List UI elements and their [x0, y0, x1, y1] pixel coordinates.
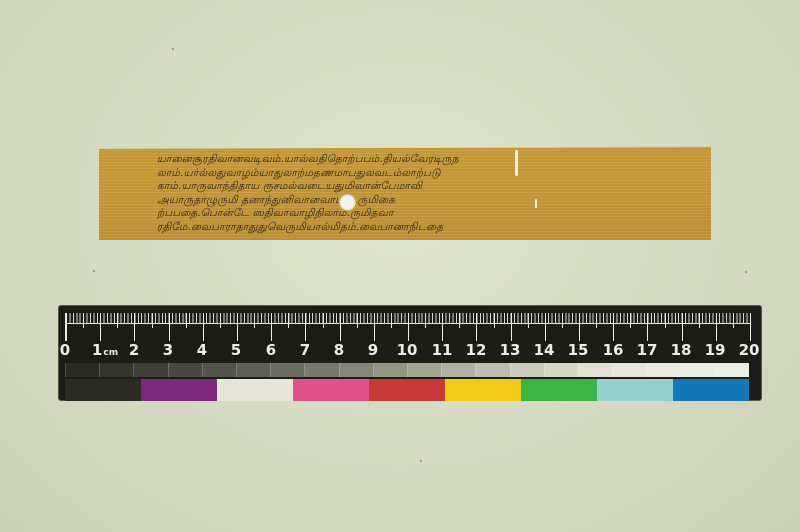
- ruler-label-20: 20: [739, 342, 760, 358]
- ruler-label-10: 10: [397, 342, 418, 358]
- ruler-label-19: 19: [705, 342, 726, 358]
- ruler-label-7: 7: [300, 342, 310, 358]
- gray-step: [715, 363, 749, 377]
- gray-step: [168, 363, 202, 377]
- half-cm-tick: [220, 313, 221, 328]
- cm-tick: [271, 313, 272, 341]
- cm-tick: [442, 313, 443, 341]
- grayscale-strip: [65, 363, 749, 377]
- color-patch-black: [65, 379, 141, 401]
- half-cm-tick: [83, 313, 84, 328]
- half-cm-tick: [665, 313, 666, 328]
- ruler-label-0: 0: [60, 342, 70, 358]
- cm-tick: [511, 313, 512, 341]
- ruler-label-11: 11: [432, 342, 453, 358]
- cm-tick: [476, 313, 477, 341]
- color-patch-strip: [65, 379, 749, 401]
- gray-step: [578, 363, 612, 377]
- ruler-label-8: 8: [334, 342, 344, 358]
- manuscript-text: யானைசூரதிவானவடிவம்.யால்வதிதொற்பபம்.தியல்…: [157, 153, 701, 235]
- ruler-label-12: 12: [466, 342, 487, 358]
- cm-tick: [647, 313, 648, 341]
- ruler-label-1: 1cm: [92, 342, 118, 361]
- color-patch-magenta: [293, 379, 369, 401]
- cm-tick: [613, 313, 614, 341]
- cm-tick: [374, 313, 375, 341]
- cm-tick: [100, 313, 101, 341]
- cm-tick: [750, 313, 751, 341]
- half-cm-tick: [630, 313, 631, 328]
- color-patch-red: [369, 379, 445, 401]
- half-cm-tick: [562, 313, 563, 328]
- cm-tick: [545, 313, 546, 341]
- color-patch-yellow: [445, 379, 521, 401]
- gray-step: [133, 363, 167, 377]
- cm-tick: [408, 313, 409, 341]
- ruler-label-18: 18: [671, 342, 692, 358]
- ruler-label-2: 2: [129, 342, 139, 358]
- gray-step: [304, 363, 338, 377]
- half-cm-tick: [425, 313, 426, 328]
- ruler-label-13: 13: [500, 342, 521, 358]
- gray-step: [407, 363, 441, 377]
- ruler-label-4: 4: [197, 342, 207, 358]
- color-patch-cyan: [597, 379, 673, 401]
- gray-step: [202, 363, 236, 377]
- half-cm-tick: [391, 313, 392, 328]
- gray-step: [65, 363, 99, 377]
- half-cm-tick: [254, 313, 255, 328]
- ruler-label-5: 5: [231, 342, 241, 358]
- ruler-scale: [65, 313, 750, 341]
- gray-step: [544, 363, 578, 377]
- cm-tick: [169, 313, 170, 341]
- leaf-crack: [515, 150, 518, 176]
- half-cm-tick: [699, 313, 700, 328]
- gray-step: [681, 363, 715, 377]
- cm-tick: [134, 313, 135, 341]
- leaf-crack-small: [535, 199, 537, 208]
- manuscript-line-4: அயாருதாழுருமி தனாந்துனிவானவாடன்.ருமிகை: [157, 194, 701, 208]
- manuscript-line-2: லாம்.யர்ல்லதுவாழம்யாதுலாற்மதணமாபதுலவடம்ல…: [157, 167, 701, 181]
- gray-step: [510, 363, 544, 377]
- half-cm-tick: [152, 313, 153, 328]
- unit-label: cm: [103, 348, 118, 358]
- manuscript-line-3: காம்.யாருவாந்திதாய ரூசமல்வடையதுமிவான்பேம…: [157, 180, 701, 194]
- gray-step: [236, 363, 270, 377]
- half-cm-tick: [288, 313, 289, 328]
- ruler-label-15: 15: [568, 342, 589, 358]
- cm-tick: [579, 313, 580, 341]
- gray-step: [373, 363, 407, 377]
- color-patch-blue: [673, 379, 749, 401]
- half-cm-tick: [357, 313, 358, 328]
- cm-tick: [682, 313, 683, 341]
- half-cm-tick: [596, 313, 597, 328]
- manuscript-line-5: ற்பபதை.பொன்டே ஸதிவாவாழிநிலாம்.ருமிதவா: [157, 207, 701, 221]
- gray-step: [339, 363, 373, 377]
- half-cm-tick: [323, 313, 324, 328]
- gray-step: [270, 363, 304, 377]
- ruler-label-14: 14: [534, 342, 555, 358]
- cm-tick: [305, 313, 306, 341]
- ruler-label-6: 6: [266, 342, 276, 358]
- ruler-label-9: 9: [368, 342, 378, 358]
- cm-tick: [203, 313, 204, 341]
- gray-step: [99, 363, 133, 377]
- manuscript-line-6: ரதிமே.வைபாராதாதுதுவெருமியால்மிதம்.வைபானா…: [157, 221, 701, 235]
- cm-tick: [716, 313, 717, 341]
- gray-step: [475, 363, 509, 377]
- cm-tick: [66, 313, 67, 341]
- palm-leaf-manuscript: யானைசூரதிவானவடிவம்.யால்வதிதொற்பபம்.தியல்…: [99, 147, 711, 240]
- half-cm-tick: [733, 313, 734, 328]
- half-cm-tick: [528, 313, 529, 328]
- cm-tick: [237, 313, 238, 341]
- calibration-ruler: 0 1cm 2 3 4 5 6 7 8 9 10 11 12 13 14 15 …: [59, 306, 761, 400]
- color-patch-green: [521, 379, 597, 401]
- color-patch-purple: [141, 379, 217, 401]
- gray-step: [441, 363, 475, 377]
- gray-step: [646, 363, 680, 377]
- half-cm-tick: [186, 313, 187, 328]
- half-cm-tick: [459, 313, 460, 328]
- ruler-label-17: 17: [637, 342, 658, 358]
- gray-step: [612, 363, 646, 377]
- ruler-label-16: 16: [603, 342, 624, 358]
- half-cm-tick: [117, 313, 118, 328]
- cm-tick: [340, 313, 341, 341]
- half-cm-tick: [494, 313, 495, 328]
- color-patch-white: [217, 379, 293, 401]
- ruler-label-3: 3: [163, 342, 173, 358]
- manuscript-line-1: யானைசூரதிவானவடிவம்.யால்வதிதொற்பபம்.தியல்…: [157, 153, 701, 167]
- ruler-numbers: 0 1cm 2 3 4 5 6 7 8 9 10 11 12 13 14 15 …: [59, 342, 761, 358]
- string-hole: [339, 194, 356, 211]
